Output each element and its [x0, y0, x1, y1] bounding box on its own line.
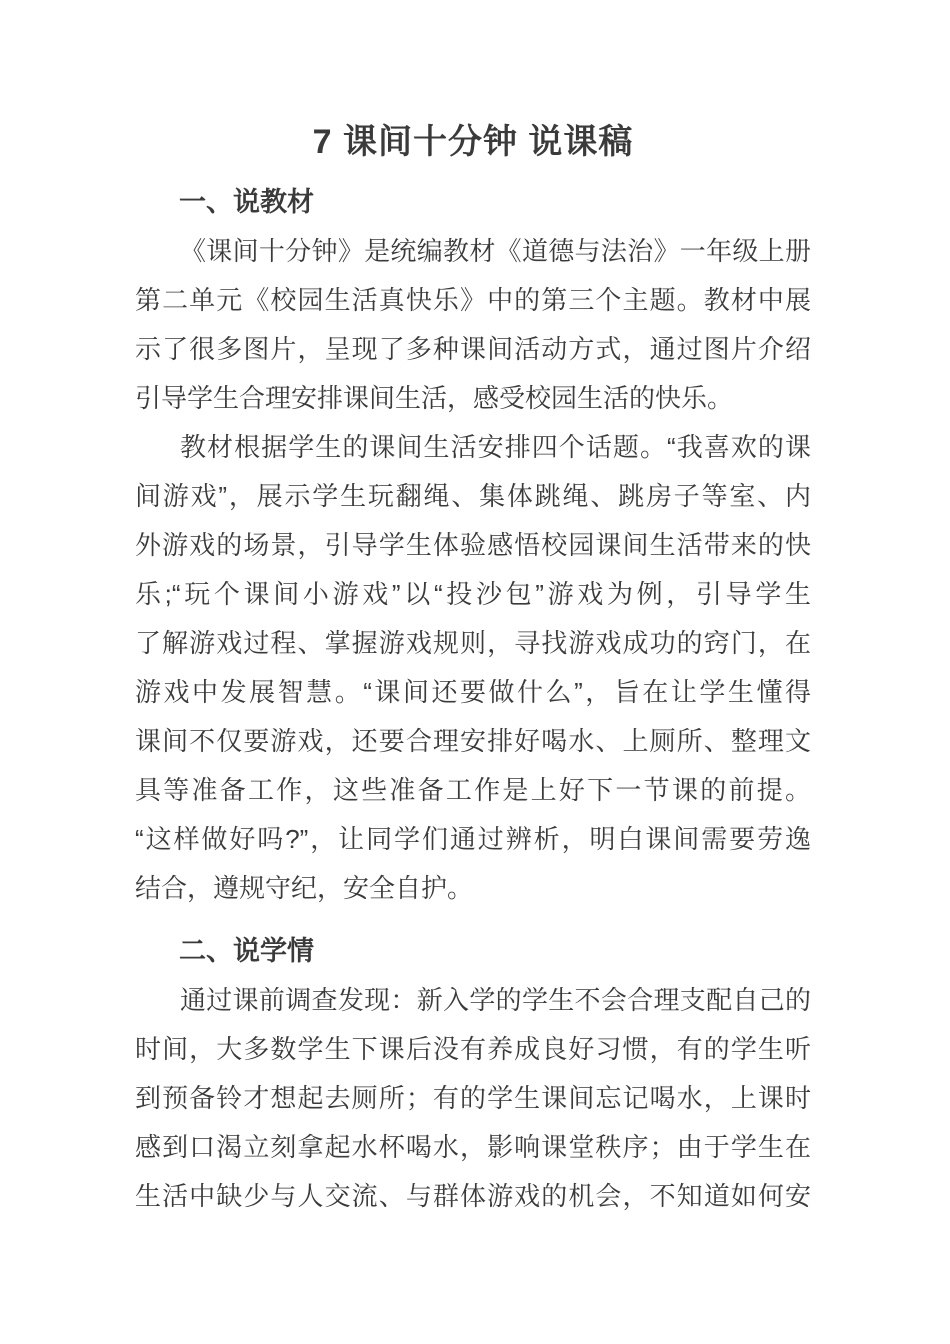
- text-line: 课间不仅要游戏，还要合理安排好喝水、上厕所、整理文: [135, 717, 811, 766]
- text-line: 具等准备工作，这些准备工作是上好下一节课的前提。: [135, 766, 811, 815]
- document-title: 7 课间十分钟 说课稿: [135, 120, 811, 164]
- paragraph: 通过课前调查发现：新入学的学生不会合理支配自己的 时间，大多数学生下课后没有养成…: [135, 976, 811, 1221]
- text-line: 《课间十分钟》是统编教材《道德与法治》一年级上册: [135, 227, 811, 276]
- paragraph: 教材根据学生的课间生活安排四个话题。“我喜欢的课 间游戏”，展示学生玩翻绳、集体…: [135, 423, 811, 913]
- text-line: 第二单元《校园生活真快乐》中的第三个主题。教材中展: [135, 276, 811, 325]
- text-line: 了解游戏过程、掌握游戏规则，寻找游戏成功的窍门，在: [135, 619, 811, 668]
- text-line: 结合，遵规守纪，安全自护。: [135, 864, 811, 913]
- text-line: 示了很多图片，呈现了多种课间活动方式，通过图片介绍: [135, 325, 811, 374]
- text-line: 外游戏的场景，引导学生体验感悟校园课间生活带来的快: [135, 521, 811, 570]
- section-heading-learner-analysis: 二、说学情: [135, 927, 811, 976]
- document-page: 7 课间十分钟 说课稿 一、说教材 《课间十分钟》是统编教材《道德与法治》一年级…: [0, 0, 950, 1344]
- paragraph: 《课间十分钟》是统编教材《道德与法治》一年级上册 第二单元《校园生活真快乐》中的…: [135, 227, 811, 423]
- text-line: 引导学生合理安排课间生活，感受校园生活的快乐。: [135, 374, 811, 423]
- text-line: 乐;“玩个课间小游戏”以“投沙包”游戏为例，引导学生: [135, 570, 811, 619]
- text-line: 到预备铃才想起去厕所；有的学生课间忘记喝水，上课时: [135, 1074, 811, 1123]
- text-line: 游戏中发展智慧。“课间还要做什么”，旨在让学生懂得: [135, 668, 811, 717]
- text-line: “这样做好吗?”，让同学们通过辨析，明白课间需要劳逸: [135, 815, 811, 864]
- text-line: 时间，大多数学生下课后没有养成良好习惯，有的学生听: [135, 1025, 811, 1074]
- text-line: 间游戏”，展示学生玩翻绳、集体跳绳、跳房子等室、内: [135, 472, 811, 521]
- text-line: 教材根据学生的课间生活安排四个话题。“我喜欢的课: [135, 423, 811, 472]
- section-heading-teaching-material: 一、说教材: [135, 178, 811, 227]
- text-line: 生活中缺少与人交流、与群体游戏的机会，不知道如何安: [135, 1172, 811, 1221]
- text-line: 通过课前调查发现：新入学的学生不会合理支配自己的: [135, 976, 811, 1025]
- text-line: 感到口渴立刻拿起水杯喝水，影响课堂秩序；由于学生在: [135, 1123, 811, 1172]
